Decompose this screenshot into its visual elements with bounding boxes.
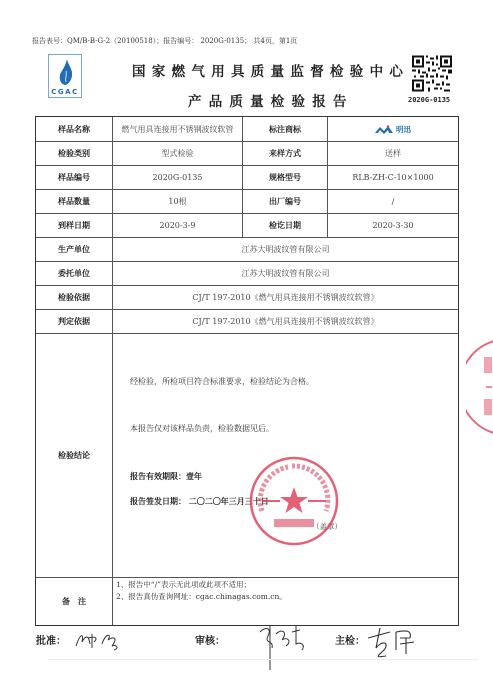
label-inspection-type: 检验类别 (36, 141, 112, 165)
org-title: 国家燃气用具质量监督检验中心 (132, 60, 409, 80)
conclusion-scope: 本报告仅对该样品负责，检验数据见后。 (130, 423, 274, 434)
qr-code-label: 2020G-0135 (408, 96, 450, 104)
label-factory-number: 出厂编号 (243, 189, 327, 213)
approve-signature (74, 628, 122, 652)
label-sample-name: 样品名称 (36, 117, 112, 141)
value-trademark: 明迅 (328, 117, 458, 141)
value-manufacturer: 江苏大明波纹管有限公司 (113, 237, 458, 261)
label-sample-quantity: 样品数量 (36, 189, 112, 213)
label-trademark: 标注商标 (243, 117, 327, 141)
inspector-signature (366, 626, 424, 660)
value-sample-number: 2020G-0135 (113, 165, 242, 189)
value-arrival-date: 2020-3-9 (113, 213, 242, 237)
conclusion-result: 经检验，所检项目符合标准要求，检验结论为合格。 (130, 376, 314, 387)
label-client: 委托单位 (36, 261, 112, 285)
seam-stamp (466, 337, 493, 437)
label-inspection-basis: 检验依据 (36, 285, 112, 309)
value-judgment-basis: CJ/T 197-2010《燃气用具连接用不锈钢波纹软管》 (113, 309, 458, 333)
review-label: 审核： (195, 632, 225, 647)
label-completion-date: 检讫日期 (243, 213, 327, 237)
label-conclusion: 检验结论 (36, 333, 112, 577)
cgac-logo: CGAC (48, 54, 82, 98)
report-table: 样品名称 燃气用具连接用不锈钢波纹软管 标注商标 明迅 检验类别 型式检验 来样… (35, 116, 459, 626)
official-seal-stamp (248, 455, 340, 547)
flame-icon (58, 59, 74, 85)
label-judgment-basis: 判定依据 (36, 309, 112, 333)
label-arrival-date: 到样日期 (36, 213, 112, 237)
value-completion-date: 2020-3-30 (328, 213, 458, 237)
remark-item: 2、报告真伪查询网址：cgac.chinagas.com.cn。 (116, 591, 287, 603)
brand-name: 明迅 (396, 124, 411, 135)
report-title: 产品质量检验报告 (188, 90, 354, 110)
inspector-label: 主检： (335, 632, 365, 647)
value-model-spec: RLB-ZH-C-10×1000 (328, 165, 458, 189)
value-client: 江苏大明波纹管有限公司 (113, 261, 458, 285)
report-validity: 报告有效期限：壹年 (130, 471, 202, 482)
label-sample-number: 样品编号 (36, 165, 112, 189)
value-sample-quantity: 10根 (113, 189, 242, 213)
remark-item: 1、报告中“/”表示无此项或此项不适用； (116, 579, 287, 591)
label-manufacturer: 生产单位 (36, 237, 112, 261)
value-inspection-basis: CJ/T 197-2010《燃气用具连接用不锈钢波纹软管》 (113, 285, 458, 309)
report-form-number: 报告表号：QM/B-B-G-2（20100518）；报告编号： 2020G-01… (32, 36, 297, 46)
logo-text: CGAC (49, 88, 81, 96)
label-remarks: 备 注 (36, 577, 112, 625)
label-sampling-method: 来样方式 (243, 141, 327, 165)
qr-code (412, 55, 452, 92)
value-inspection-type: 型式检验 (113, 141, 242, 165)
scan-artifact-line (48, 659, 478, 660)
value-factory-number: / (328, 189, 458, 213)
label-model-spec: 规格型号 (243, 165, 327, 189)
brand-logo-icon (375, 125, 393, 134)
approve-label: 批准： (36, 632, 66, 647)
remarks-list: 1、报告中“/”表示无此项或此项不适用； 2、报告真伪查询网址：cgac.chi… (116, 579, 287, 603)
value-sample-name: 燃气用具连接用不锈钢波纹软管 (113, 117, 242, 141)
review-signature (256, 622, 312, 672)
value-sampling-method: 送样 (328, 141, 458, 165)
